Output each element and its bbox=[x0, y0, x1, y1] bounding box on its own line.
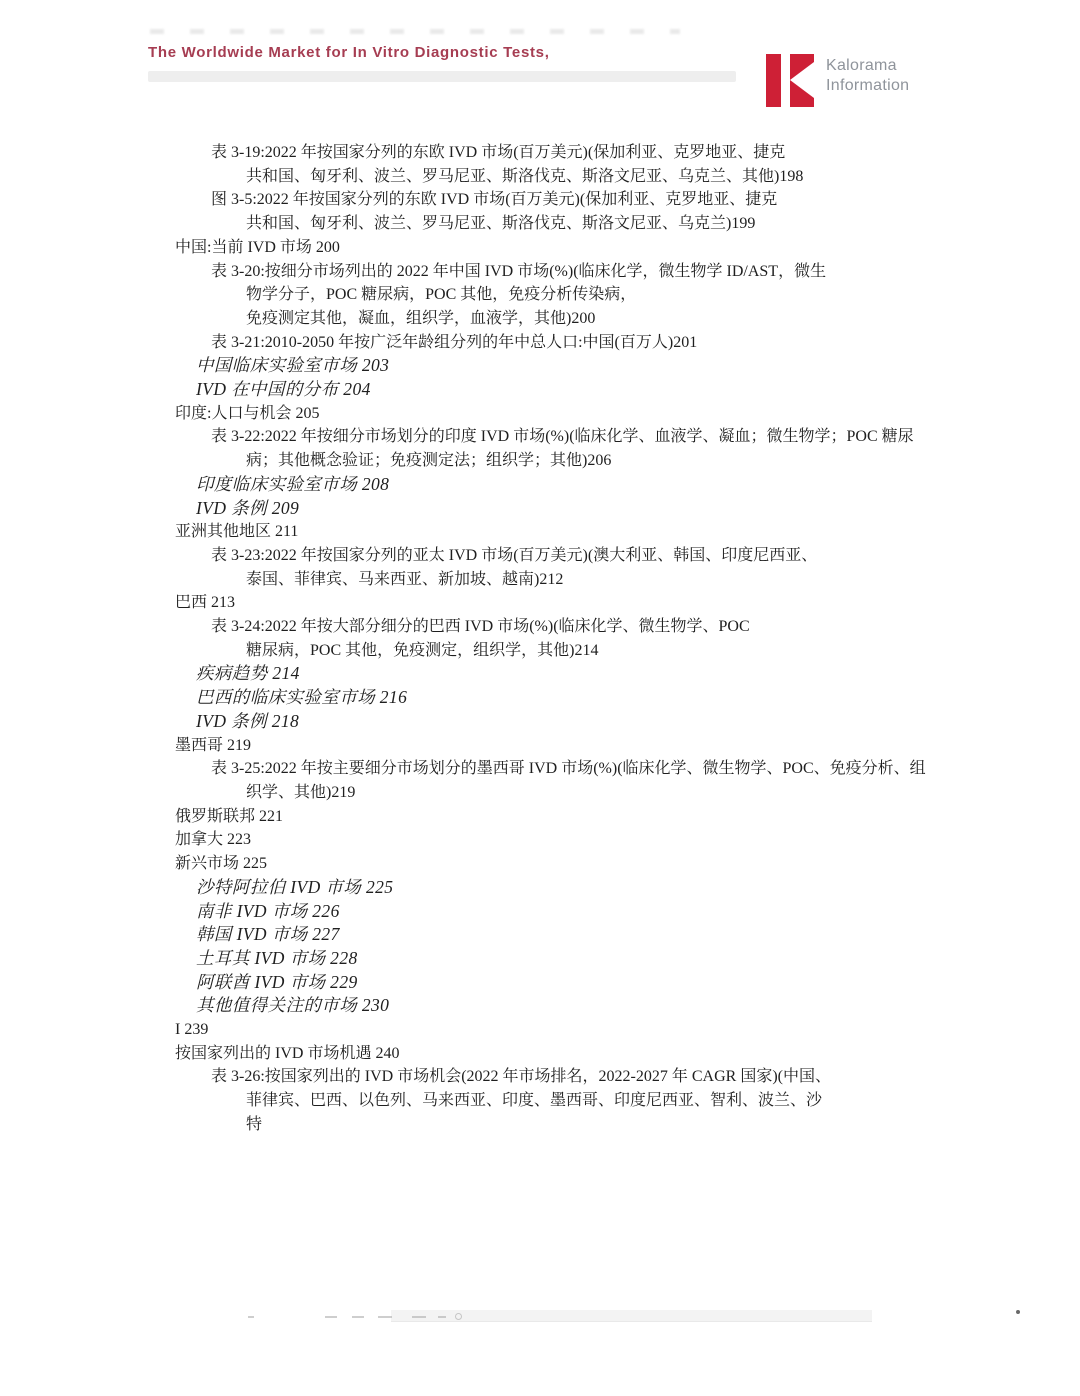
page-edge-dot bbox=[1016, 1310, 1020, 1314]
toc-line: I 239 bbox=[175, 1018, 995, 1042]
toc-entry: 表 3-26:按国家列出的 IVD 市场机会(2022 年市场排名，2022-2… bbox=[175, 1065, 995, 1136]
toc-line: 物学分子，POC 糖尿病，POC 其他，免疫分析传染病， bbox=[246, 283, 995, 307]
toc-line: 巴西的临床实验室市场 216 bbox=[196, 686, 995, 710]
toc-line: 表 3-26:按国家列出的 IVD 市场机会(2022 年市场排名，2022-2… bbox=[211, 1065, 995, 1089]
footer-faint-text bbox=[438, 1316, 446, 1318]
toc-entry: 南非 IVD 市场 226 bbox=[175, 900, 995, 924]
toc-entry: I 239 bbox=[175, 1018, 995, 1042]
toc-line: 菲律宾、巴西、以色列、马来西亚、印度、墨西哥、印度尼西亚、智利、波兰、沙 bbox=[246, 1089, 995, 1113]
toc-entry: 图 3-5:2022 年按国家分列的东欧 IVD 市场(百万美元)(保加利亚、克… bbox=[175, 188, 995, 235]
toc-entry: 表 3-22:2022 年按细分市场划分的印度 IVD 市场(%)(临床化学、血… bbox=[175, 425, 995, 472]
toc-line: IVD 条例 209 bbox=[196, 497, 995, 521]
toc-line: 图 3-5:2022 年按国家分列的东欧 IVD 市场(百万美元)(保加利亚、克… bbox=[211, 188, 995, 212]
toc-line: 中国临床实验室市场 203 bbox=[196, 354, 995, 378]
toc-entry: 土耳其 IVD 市场 228 bbox=[175, 947, 995, 971]
toc-line: 共和国、匈牙利、波兰、罗马尼亚、斯洛伐克、斯洛文尼亚、乌克兰)199 bbox=[246, 212, 995, 236]
toc-entry: 其他值得关注的市场 230 bbox=[175, 994, 995, 1018]
toc-line: 疾病趋势 214 bbox=[196, 662, 995, 686]
toc-entry: 阿联酋 IVD 市场 229 bbox=[175, 971, 995, 995]
toc-line: IVD 条例 218 bbox=[196, 710, 995, 734]
toc-line: 共和国、匈牙利、波兰、罗马尼亚、斯洛伐克、斯洛文尼亚、乌克兰、其他)198 bbox=[246, 165, 995, 189]
logo-wordmark: Kalorama Information bbox=[826, 56, 909, 95]
document-page: The Worldwide Market for In Vitro Diagno… bbox=[0, 0, 1080, 1396]
toc-entry: IVD 条例 218 bbox=[175, 710, 995, 734]
toc-line: 新兴市场 225 bbox=[175, 852, 995, 876]
toc-line: IVD 在中国的分布 204 bbox=[196, 378, 995, 402]
kalorama-k-icon bbox=[766, 54, 814, 107]
toc-line: 巴西 213 bbox=[175, 591, 995, 615]
toc-line: 其他值得关注的市场 230 bbox=[196, 994, 995, 1018]
toc-entry: 按国家列出的 IVD 市场机遇 240 bbox=[175, 1042, 995, 1066]
toc-entry: IVD 在中国的分布 204 bbox=[175, 378, 995, 402]
toc-line: 南非 IVD 市场 226 bbox=[196, 900, 995, 924]
toc-entry: 印度:人口与机会 205 bbox=[175, 402, 995, 426]
toc-entry: 表 3-21:2010-2050 年按广泛年龄组分列的年中总人口:中国(百万人)… bbox=[175, 331, 995, 355]
toc-entry: 沙特阿拉伯 IVD 市场 225 bbox=[175, 876, 995, 900]
toc-line: 病；其他概念验证；免疫测定法；组织学；其他)206 bbox=[246, 449, 995, 473]
footer-faint-text bbox=[412, 1316, 426, 1318]
toc-entry: 巴西的临床实验室市场 216 bbox=[175, 686, 995, 710]
toc-line: 阿联酋 IVD 市场 229 bbox=[196, 971, 995, 995]
toc-line: 表 3-24:2022 年按大部分细分的巴西 IVD 市场(%)(临床化学、微生… bbox=[211, 615, 995, 639]
toc-entry: 亚洲其他地区 211 bbox=[175, 520, 995, 544]
toc-line: 按国家列出的 IVD 市场机遇 240 bbox=[175, 1042, 995, 1066]
toc-line: 表 3-19:2022 年按国家分列的东欧 IVD 市场(百万美元)(保加利亚、… bbox=[211, 141, 995, 165]
toc-line: 印度临床实验室市场 208 bbox=[196, 473, 995, 497]
toc-entry: 中国:当前 IVD 市场 200 bbox=[175, 236, 995, 260]
toc-line: 土耳其 IVD 市场 228 bbox=[196, 947, 995, 971]
toc-entry: 墨西哥 219 bbox=[175, 734, 995, 758]
toc-line: 印度:人口与机会 205 bbox=[175, 402, 995, 426]
toc-entry: 表 3-23:2022 年按国家分列的亚太 IVD 市场(百万美元)(澳大利亚、… bbox=[175, 544, 995, 591]
toc-line: 表 3-25:2022 年按主要细分市场划分的墨西哥 IVD 市场(%)(临床化… bbox=[211, 757, 995, 781]
toc-line: 墨西哥 219 bbox=[175, 734, 995, 758]
footer-faint-text bbox=[378, 1316, 392, 1318]
toc-line: 表 3-20:按细分市场列出的 2022 年中国 IVD 市场(%)(临床化学，… bbox=[211, 260, 995, 284]
toc-entry: 韩国 IVD 市场 227 bbox=[175, 923, 995, 947]
toc-line: 加拿大 223 bbox=[175, 828, 995, 852]
toc-entry: 表 3-20:按细分市场列出的 2022 年中国 IVD 市场(%)(临床化学，… bbox=[175, 260, 995, 331]
footer-faint-text bbox=[325, 1316, 337, 1318]
toc-line: 表 3-22:2022 年按细分市场划分的印度 IVD 市场(%)(临床化学、血… bbox=[211, 425, 995, 449]
toc-entry: 印度临床实验室市场 208 bbox=[175, 473, 995, 497]
toc-entry: 加拿大 223 bbox=[175, 828, 995, 852]
logo-line1: Kalorama bbox=[826, 56, 909, 76]
footer-faint-glyph bbox=[455, 1313, 462, 1320]
toc-entry: 俄罗斯联邦 221 bbox=[175, 805, 995, 829]
toc-line: 糖尿病，POC 其他，免疫测定，组织学，其他)214 bbox=[246, 639, 995, 663]
toc-line: 亚洲其他地区 211 bbox=[175, 520, 995, 544]
scan-artifact-smudge bbox=[150, 29, 680, 34]
toc-line: 织学、其他)219 bbox=[246, 781, 995, 805]
toc-entry: IVD 条例 209 bbox=[175, 497, 995, 521]
toc-line: 表 3-23:2022 年按国家分列的亚太 IVD 市场(百万美元)(澳大利亚、… bbox=[211, 544, 995, 568]
header-divider-bar bbox=[148, 71, 736, 82]
toc-line: 特 bbox=[246, 1113, 995, 1137]
footer-faint-text bbox=[248, 1316, 254, 1318]
toc-line: 沙特阿拉伯 IVD 市场 225 bbox=[196, 876, 995, 900]
toc-entry: 表 3-25:2022 年按主要细分市场划分的墨西哥 IVD 市场(%)(临床化… bbox=[175, 757, 995, 804]
logo-line2: Information bbox=[826, 76, 909, 96]
toc-entry: 表 3-24:2022 年按大部分细分的巴西 IVD 市场(%)(临床化学、微生… bbox=[175, 615, 995, 662]
toc-entry: 中国临床实验室市场 203 bbox=[175, 354, 995, 378]
footer-bar bbox=[391, 1310, 872, 1322]
kalorama-logo: Kalorama Information bbox=[766, 54, 1026, 114]
toc-entry: 巴西 213 bbox=[175, 591, 995, 615]
toc-line: 表 3-21:2010-2050 年按广泛年龄组分列的年中总人口:中国(百万人)… bbox=[211, 331, 995, 355]
toc-line: 俄罗斯联邦 221 bbox=[175, 805, 995, 829]
toc-line: 免疫测定其他，凝血，组织学，血液学，其他)200 bbox=[246, 307, 995, 331]
footer-faint-text bbox=[352, 1316, 364, 1318]
toc-entry: 表 3-19:2022 年按国家分列的东欧 IVD 市场(百万美元)(保加利亚、… bbox=[175, 141, 995, 188]
toc-line: 韩国 IVD 市场 227 bbox=[196, 923, 995, 947]
report-title: The Worldwide Market for In Vitro Diagno… bbox=[148, 44, 550, 61]
toc: 表 3-19:2022 年按国家分列的东欧 IVD 市场(百万美元)(保加利亚、… bbox=[175, 141, 995, 1137]
toc-entry: 新兴市场 225 bbox=[175, 852, 995, 876]
toc-entry: 疾病趋势 214 bbox=[175, 662, 995, 686]
toc-line: 中国:当前 IVD 市场 200 bbox=[175, 236, 995, 260]
toc-line: 泰国、菲律宾、马来西亚、新加坡、越南)212 bbox=[246, 568, 995, 592]
